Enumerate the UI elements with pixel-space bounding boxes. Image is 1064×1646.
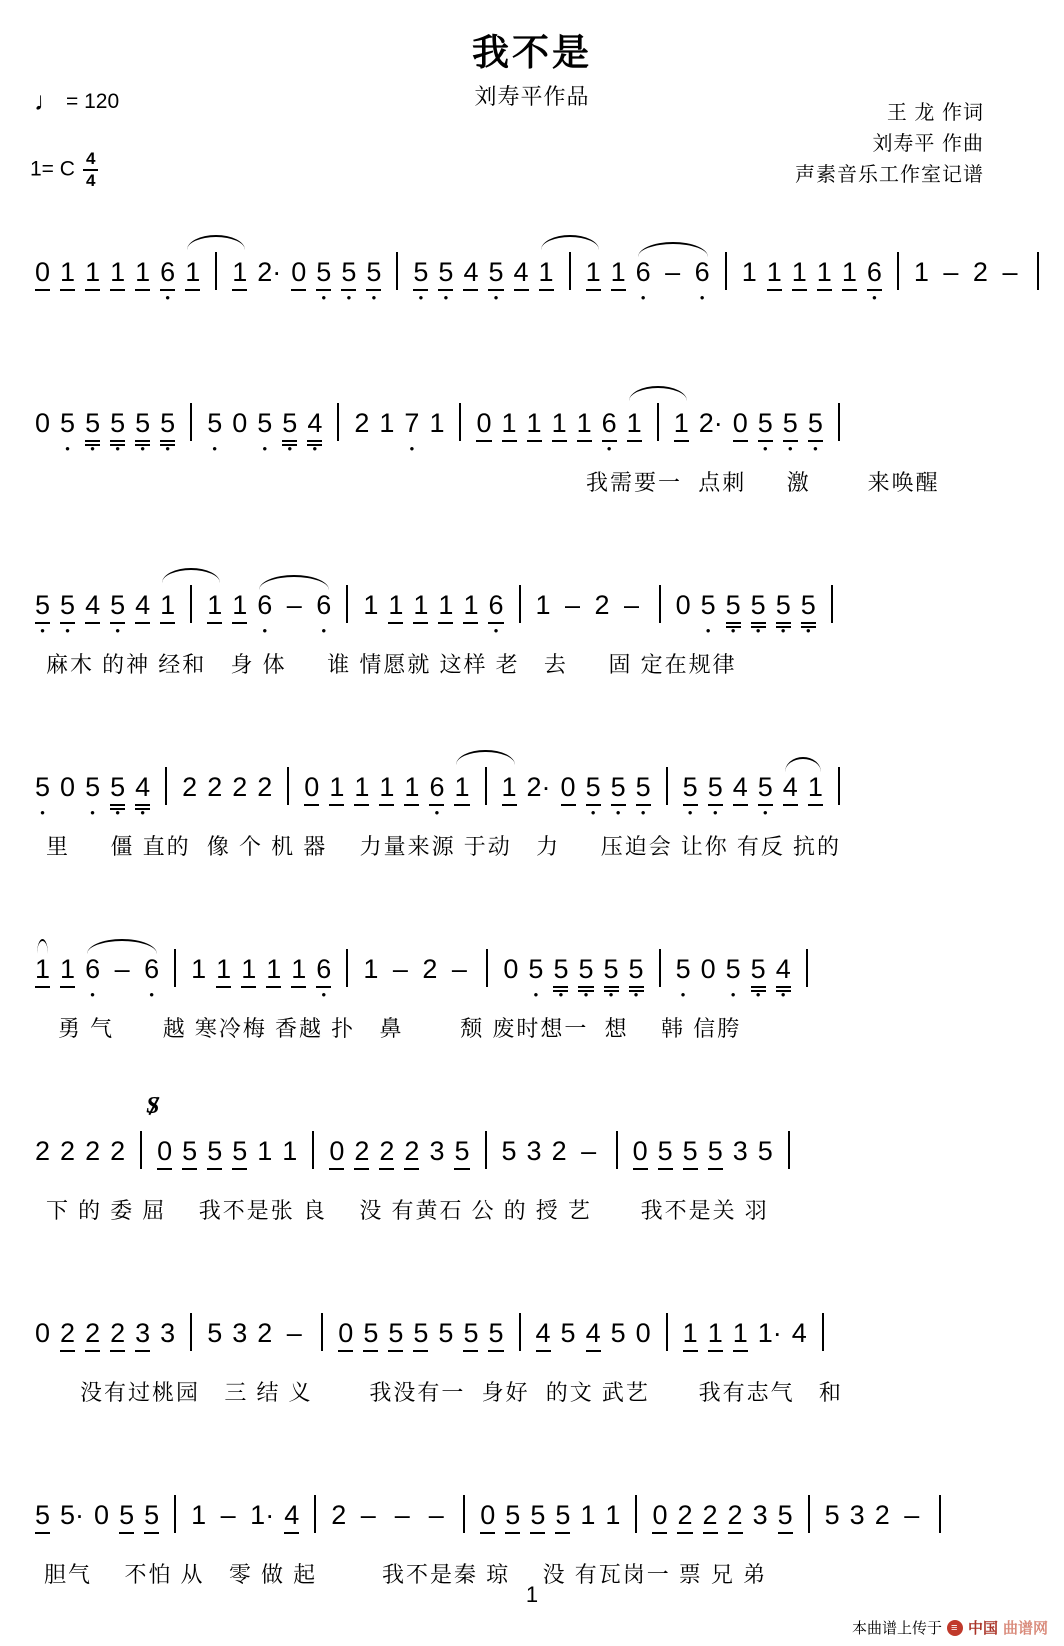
note: 5 bbox=[825, 1502, 840, 1532]
note: 5• bbox=[85, 410, 100, 442]
note: 5• bbox=[110, 592, 125, 624]
site-logo-icon bbox=[947, 1620, 963, 1636]
notation-system: 116•–6•111116•1–2–05•5•5•5•5•5•05•5•4• 勇… bbox=[30, 921, 1034, 1043]
barline bbox=[485, 767, 487, 805]
note: 5• bbox=[776, 592, 791, 624]
note: 3 bbox=[527, 1138, 542, 1168]
note: 2· bbox=[527, 774, 551, 804]
barline bbox=[838, 767, 840, 805]
note: 1 bbox=[683, 1320, 698, 1352]
note: 5 bbox=[758, 1138, 773, 1168]
note: 0 bbox=[35, 259, 50, 291]
time-signature: 44 bbox=[83, 150, 98, 190]
sustain-dash: – bbox=[356, 1502, 380, 1532]
note: 1 bbox=[792, 259, 807, 291]
note: 0 bbox=[60, 774, 75, 804]
barline bbox=[165, 767, 167, 805]
note: 1 bbox=[241, 956, 256, 988]
lyrics-row: 里 僵 直的 像 个 机 器 力量来源 于动 力 压迫会 让你 有反 抗的 bbox=[30, 830, 1034, 861]
note: 2 bbox=[60, 1138, 75, 1168]
quarter-note-icon: ♩ bbox=[34, 86, 60, 116]
low-octave-dot: • bbox=[322, 291, 327, 304]
slur-arc bbox=[629, 386, 687, 401]
note: 2 bbox=[110, 1320, 125, 1352]
note: 3 bbox=[135, 1320, 150, 1352]
note: 0 bbox=[480, 1502, 495, 1534]
note: 1 bbox=[842, 259, 857, 291]
note: 5• bbox=[751, 956, 766, 988]
barline bbox=[838, 403, 840, 441]
note: 5 bbox=[502, 1138, 517, 1168]
note: 2 bbox=[875, 1502, 890, 1532]
sustain-dash: – bbox=[110, 956, 134, 986]
low-octave-dot: • bbox=[607, 442, 612, 455]
note: 0 bbox=[35, 1320, 50, 1350]
note: 1 bbox=[914, 259, 929, 289]
barline bbox=[725, 252, 727, 290]
low-octave-dot: • bbox=[140, 442, 145, 455]
barline bbox=[314, 1495, 316, 1533]
slur-tie-group: 11 bbox=[180, 252, 252, 291]
note: 2 bbox=[85, 1138, 100, 1168]
note: 5• bbox=[636, 774, 651, 806]
note: 1 bbox=[266, 956, 281, 988]
note: 4 bbox=[514, 259, 529, 291]
note: 1 bbox=[552, 410, 567, 442]
slur-arc bbox=[541, 235, 599, 250]
note: 5• bbox=[751, 592, 766, 624]
note: 7• bbox=[404, 410, 419, 440]
note: 5 bbox=[561, 1320, 576, 1350]
note: 5• bbox=[257, 410, 272, 440]
note: 1 bbox=[191, 1502, 206, 1532]
notes-row: 55·0551–1·42–––055511022235532– bbox=[30, 1467, 1034, 1552]
note: 0 bbox=[329, 1138, 344, 1170]
note: 1 bbox=[388, 592, 403, 624]
barline bbox=[635, 1495, 637, 1533]
slur-arc bbox=[259, 575, 329, 590]
low-octave-dot: • bbox=[559, 988, 564, 1001]
note: 2 bbox=[973, 259, 988, 289]
low-octave-dot: • bbox=[115, 806, 120, 819]
note: 2 bbox=[232, 774, 247, 804]
notation-system: 2222S055511022235532–055535 下 的 委 屈 我不是张… bbox=[30, 1103, 1034, 1225]
note: 1 bbox=[85, 259, 100, 291]
credits: 王 龙 作词 刘寿平 作曲 声素音乐工作室记谱 bbox=[795, 98, 984, 191]
note: 1 bbox=[379, 774, 394, 806]
note: 6• bbox=[316, 956, 331, 988]
note: 2 bbox=[728, 1502, 743, 1534]
note: 5 bbox=[207, 1320, 222, 1350]
sustain-dash: – bbox=[388, 956, 412, 986]
note: 2· bbox=[699, 410, 723, 440]
lyricist-credit: 王 龙 作词 bbox=[795, 98, 984, 129]
note: 1 bbox=[733, 1320, 748, 1352]
note: 1 bbox=[605, 1502, 620, 1532]
note: 1 bbox=[586, 259, 601, 291]
note: 5 bbox=[658, 1138, 673, 1170]
note: 5• bbox=[85, 774, 100, 804]
note: 0 bbox=[94, 1502, 109, 1532]
note: 5• bbox=[578, 956, 593, 988]
note: 5 bbox=[363, 1320, 378, 1352]
note: 1 bbox=[611, 259, 626, 291]
slur-tie-group: 11 bbox=[622, 403, 694, 442]
slur-arc bbox=[37, 939, 48, 954]
note: 2 bbox=[354, 410, 369, 440]
barline bbox=[459, 403, 461, 441]
note: 2 bbox=[552, 1138, 567, 1168]
low-octave-dot: • bbox=[688, 806, 693, 819]
note: 6• bbox=[144, 956, 159, 986]
note: 1 bbox=[191, 956, 206, 986]
composer-credit: 刘寿平 作曲 bbox=[795, 129, 984, 160]
barline bbox=[396, 252, 398, 290]
low-octave-dot: • bbox=[763, 442, 768, 455]
notation-system: 011116•112·05•5•5•5•5•45•41116•–6•111116… bbox=[30, 224, 1034, 309]
note: 5• bbox=[341, 259, 356, 291]
time-signature-top: 4 bbox=[83, 150, 98, 171]
note: 3 bbox=[160, 1320, 175, 1350]
note: 2· bbox=[257, 259, 281, 289]
notation-system: 05•5•5•5•5•5•05•5•4•217•1011116•112·05•5… bbox=[30, 375, 1034, 497]
barline bbox=[140, 1131, 142, 1169]
low-octave-dot: • bbox=[706, 624, 711, 637]
slur-tie-group: 11 bbox=[449, 767, 521, 806]
low-octave-dot: • bbox=[641, 806, 646, 819]
note: 6• bbox=[636, 259, 651, 289]
note: 0 bbox=[733, 410, 748, 442]
note: 2 bbox=[207, 774, 222, 804]
low-octave-dot: • bbox=[372, 291, 377, 304]
note: 1 bbox=[185, 259, 200, 291]
low-octave-dot: • bbox=[731, 988, 736, 1001]
note: 1 bbox=[454, 774, 469, 806]
note: 6• bbox=[257, 592, 272, 622]
barline bbox=[666, 767, 668, 805]
note: 0 bbox=[476, 410, 491, 442]
note: 2 bbox=[379, 1138, 394, 1170]
low-octave-dot: • bbox=[65, 442, 70, 455]
barline bbox=[174, 949, 176, 987]
slur-tie-group: 41 bbox=[778, 774, 828, 806]
barline bbox=[485, 1131, 487, 1169]
barline bbox=[346, 949, 348, 987]
barline bbox=[519, 1313, 521, 1351]
barline bbox=[659, 585, 661, 623]
note: 4• bbox=[307, 410, 322, 442]
header: 我不是 刘寿平作品 ♩= 120 1= C44 王 龙 作词 刘寿平 作曲 声素… bbox=[0, 0, 1064, 208]
barline bbox=[616, 1131, 618, 1169]
note: 5• bbox=[683, 774, 698, 806]
note: 5• bbox=[135, 410, 150, 442]
sustain-dash: – bbox=[561, 592, 585, 622]
note: 1 bbox=[438, 592, 453, 624]
tempo-value: = 120 bbox=[66, 90, 119, 113]
sustain-dash: – bbox=[447, 956, 471, 986]
low-octave-dot: • bbox=[731, 624, 736, 637]
notation-system: 55·0551–1·42–––055511022235532– 胆气 不怕 从 … bbox=[30, 1467, 1034, 1589]
note: 1 bbox=[627, 410, 642, 442]
note: 1 bbox=[463, 592, 478, 624]
barline bbox=[287, 767, 289, 805]
note: 5 bbox=[232, 1138, 247, 1170]
slur-arc bbox=[187, 235, 245, 250]
note: 0 bbox=[561, 774, 576, 806]
slur-arc bbox=[162, 568, 220, 583]
note: 6• bbox=[867, 259, 882, 291]
notation-system: 5•5•45•41116•–6•111116•1–2–05•5•5•5•5• 麻… bbox=[30, 557, 1034, 679]
note: 1 bbox=[742, 259, 757, 289]
barline bbox=[337, 403, 339, 441]
barline bbox=[463, 1495, 465, 1533]
barline bbox=[659, 949, 661, 987]
note: 2 bbox=[404, 1138, 419, 1170]
note: 0 bbox=[304, 774, 319, 806]
note: 0 bbox=[503, 956, 518, 986]
low-octave-dot: • bbox=[65, 624, 70, 637]
slur-tie-group: 6•–6• bbox=[631, 259, 715, 289]
note: 5 bbox=[708, 1138, 723, 1170]
site-name-secondary: 曲谱网 bbox=[1003, 1617, 1048, 1638]
song-title: 我不是 bbox=[0, 0, 1064, 76]
barline bbox=[346, 585, 348, 623]
note: 4 bbox=[586, 1320, 601, 1352]
note: 4• bbox=[776, 956, 791, 988]
note: 1· bbox=[250, 1502, 274, 1532]
sustain-dash: – bbox=[282, 1320, 306, 1350]
note: 1 bbox=[379, 410, 394, 440]
note: 0 bbox=[157, 1138, 172, 1170]
barline bbox=[519, 585, 521, 623]
barline bbox=[831, 585, 833, 623]
note: 5 bbox=[454, 1138, 469, 1170]
note: 5• bbox=[726, 592, 741, 624]
note: 5• bbox=[282, 410, 297, 442]
note: 5• bbox=[110, 774, 125, 806]
note: 6• bbox=[488, 592, 503, 624]
note: 5 bbox=[35, 1502, 50, 1534]
note: 5• bbox=[604, 956, 619, 988]
site-name-primary: 中国 bbox=[968, 1617, 998, 1638]
low-octave-dot: • bbox=[494, 624, 499, 637]
low-octave-dot: • bbox=[165, 291, 170, 304]
notation-score: 011116•112·05•5•5•5•5•45•41116•–6•111116… bbox=[0, 224, 1064, 1589]
note: 4 bbox=[536, 1320, 551, 1352]
low-octave-dot: • bbox=[681, 988, 686, 1001]
note: 5 bbox=[505, 1502, 520, 1534]
note: 5• bbox=[438, 259, 453, 291]
low-octave-dot: • bbox=[419, 291, 424, 304]
sustain-dash: – bbox=[620, 592, 644, 622]
note: 5 bbox=[683, 1138, 698, 1170]
note: 4 bbox=[85, 592, 100, 624]
note: 5• bbox=[60, 410, 75, 440]
low-octave-dot: • bbox=[212, 442, 217, 455]
upload-prefix: 本曲谱上传于 bbox=[852, 1617, 942, 1638]
note: 5 bbox=[488, 1320, 503, 1352]
note: 1 bbox=[413, 592, 428, 624]
barline bbox=[215, 252, 217, 290]
note: 5• bbox=[676, 956, 691, 986]
low-octave-dot: • bbox=[591, 806, 596, 819]
note: 2 bbox=[110, 1138, 125, 1168]
barline bbox=[190, 1313, 192, 1351]
barline bbox=[1037, 252, 1039, 290]
note: 5• bbox=[160, 410, 175, 442]
low-octave-dot: • bbox=[634, 988, 639, 1001]
upload-note: 本曲谱上传于 中国曲谱网 bbox=[852, 1617, 1048, 1638]
note: 1 bbox=[257, 1138, 272, 1168]
page-number: 1 bbox=[0, 1582, 1064, 1608]
low-octave-dot: • bbox=[806, 624, 811, 637]
note: 5 bbox=[463, 1320, 478, 1352]
note: 2 bbox=[35, 1138, 50, 1168]
low-octave-dot: • bbox=[494, 291, 499, 304]
note: 1 bbox=[329, 774, 344, 806]
note: 2 bbox=[595, 592, 610, 622]
note: 2 bbox=[422, 956, 437, 986]
low-octave-dot: • bbox=[756, 624, 761, 637]
note: 1 bbox=[429, 410, 444, 440]
note: 3 bbox=[850, 1502, 865, 1532]
barline bbox=[939, 1495, 941, 1533]
low-octave-dot: • bbox=[813, 442, 818, 455]
barline bbox=[486, 949, 488, 987]
note: 1 bbox=[60, 259, 75, 291]
low-octave-dot: • bbox=[90, 988, 95, 1001]
barline bbox=[822, 1313, 824, 1351]
slur-tie-group: 1 bbox=[30, 956, 55, 988]
note: 1 bbox=[808, 774, 823, 806]
low-octave-dot: • bbox=[616, 806, 621, 819]
barline bbox=[788, 1131, 790, 1169]
note: 1 bbox=[110, 259, 125, 291]
note: 1 bbox=[577, 410, 592, 442]
barline bbox=[806, 949, 808, 987]
note: 1 bbox=[536, 592, 551, 622]
low-octave-dot: • bbox=[781, 988, 786, 1001]
barline bbox=[321, 1313, 323, 1351]
note: 5 bbox=[144, 1502, 159, 1534]
note: 5• bbox=[611, 774, 626, 806]
note: 4 bbox=[733, 774, 748, 806]
tempo-marking: ♩= 120 bbox=[34, 86, 119, 117]
notes-row: 2222S055511022235532–055535 bbox=[30, 1103, 1034, 1188]
low-octave-dot: • bbox=[165, 442, 170, 455]
lyrics-row: 我需要一 点刺 激 来唤醒 bbox=[30, 466, 1034, 497]
low-octave-dot: • bbox=[584, 988, 589, 1001]
key-label: 1= C bbox=[30, 157, 75, 180]
low-octave-dot: • bbox=[435, 806, 440, 819]
note: 2 bbox=[182, 774, 197, 804]
notes-row: 5•05•5•4•2222011116•112·05•5•5•5•5•45•41 bbox=[30, 739, 1034, 824]
sustain-dash: – bbox=[900, 1502, 924, 1532]
low-octave-dot: • bbox=[115, 442, 120, 455]
key-signature: 1= C44 bbox=[30, 150, 98, 190]
sustain-dash: – bbox=[998, 259, 1022, 289]
note: 1 bbox=[817, 259, 832, 291]
sheet-music-page: 我不是 刘寿平作品 ♩= 120 1= C44 王 龙 作词 刘寿平 作曲 声素… bbox=[0, 0, 1064, 1646]
low-octave-dot: • bbox=[322, 988, 327, 1001]
note: 1 bbox=[232, 259, 247, 291]
note: 0 bbox=[652, 1502, 667, 1534]
low-octave-dot: • bbox=[763, 806, 768, 819]
note: 0 bbox=[701, 956, 716, 986]
sustain-dash: – bbox=[424, 1502, 448, 1532]
note: 4 bbox=[135, 592, 150, 624]
note: 2 bbox=[354, 1138, 369, 1170]
note: 5• bbox=[586, 774, 601, 806]
low-octave-dot: • bbox=[90, 442, 95, 455]
note: 4 bbox=[792, 1320, 807, 1350]
barline bbox=[190, 403, 192, 441]
low-octave-dot: • bbox=[788, 442, 793, 455]
note: 5• bbox=[553, 956, 568, 988]
note: 5• bbox=[726, 956, 741, 986]
low-octave-dot: • bbox=[534, 988, 539, 1001]
notes-row: 011116•112·05•5•5•5•5•45•41116•–6•111116… bbox=[30, 224, 1034, 309]
note: 5 bbox=[530, 1502, 545, 1534]
barline bbox=[897, 252, 899, 290]
note: 0 bbox=[232, 410, 247, 440]
note: 3 bbox=[753, 1502, 768, 1532]
low-octave-dot: • bbox=[40, 624, 45, 637]
sustain-dash: – bbox=[939, 259, 963, 289]
note: 1 bbox=[502, 410, 517, 442]
note: 1 bbox=[502, 774, 517, 806]
note: 5• bbox=[528, 956, 543, 986]
note: 5• bbox=[629, 956, 644, 988]
low-octave-dot: • bbox=[641, 291, 646, 304]
note: 1 bbox=[216, 956, 231, 988]
slur-arc bbox=[638, 242, 708, 257]
note: 1 bbox=[291, 956, 306, 988]
note: 5• bbox=[35, 592, 50, 624]
barline bbox=[312, 1131, 314, 1169]
note: 0 bbox=[636, 1320, 651, 1350]
lyrics-row: 没有过桃园 三 结 义 我没有一 身好 的文 武艺 我有志气 和 bbox=[30, 1376, 1034, 1407]
slur-tie-group: 11 bbox=[155, 585, 227, 624]
low-octave-dot: • bbox=[40, 806, 45, 819]
note: 5• bbox=[701, 592, 716, 622]
notes-row: 022233532–0555555454501111·4 bbox=[30, 1285, 1034, 1370]
note: 1 bbox=[363, 592, 378, 622]
note: 2 bbox=[85, 1320, 100, 1352]
note: 5• bbox=[708, 774, 723, 806]
note: 5 bbox=[207, 1138, 222, 1170]
note: 4• bbox=[135, 774, 150, 806]
note: 5• bbox=[413, 259, 428, 291]
barline bbox=[808, 1495, 810, 1533]
notes-row: 5•5•45•41116•–6•111116•1–2–05•5•5•5•5• bbox=[30, 557, 1034, 642]
low-octave-dot: • bbox=[410, 442, 415, 455]
note: 6• bbox=[316, 592, 331, 622]
barline bbox=[569, 252, 571, 290]
note: 1 bbox=[354, 774, 369, 806]
note: 3 bbox=[733, 1138, 748, 1168]
sustain-dash: – bbox=[577, 1138, 601, 1168]
low-octave-dot: • bbox=[115, 624, 120, 637]
note: 3 bbox=[232, 1320, 247, 1350]
note: 2 bbox=[257, 1320, 272, 1350]
barline bbox=[657, 403, 659, 441]
note: 1 bbox=[60, 956, 75, 988]
note: 1 bbox=[539, 259, 554, 291]
note: 1 bbox=[160, 592, 175, 624]
note: 1 bbox=[767, 259, 782, 291]
barline bbox=[666, 1313, 668, 1351]
